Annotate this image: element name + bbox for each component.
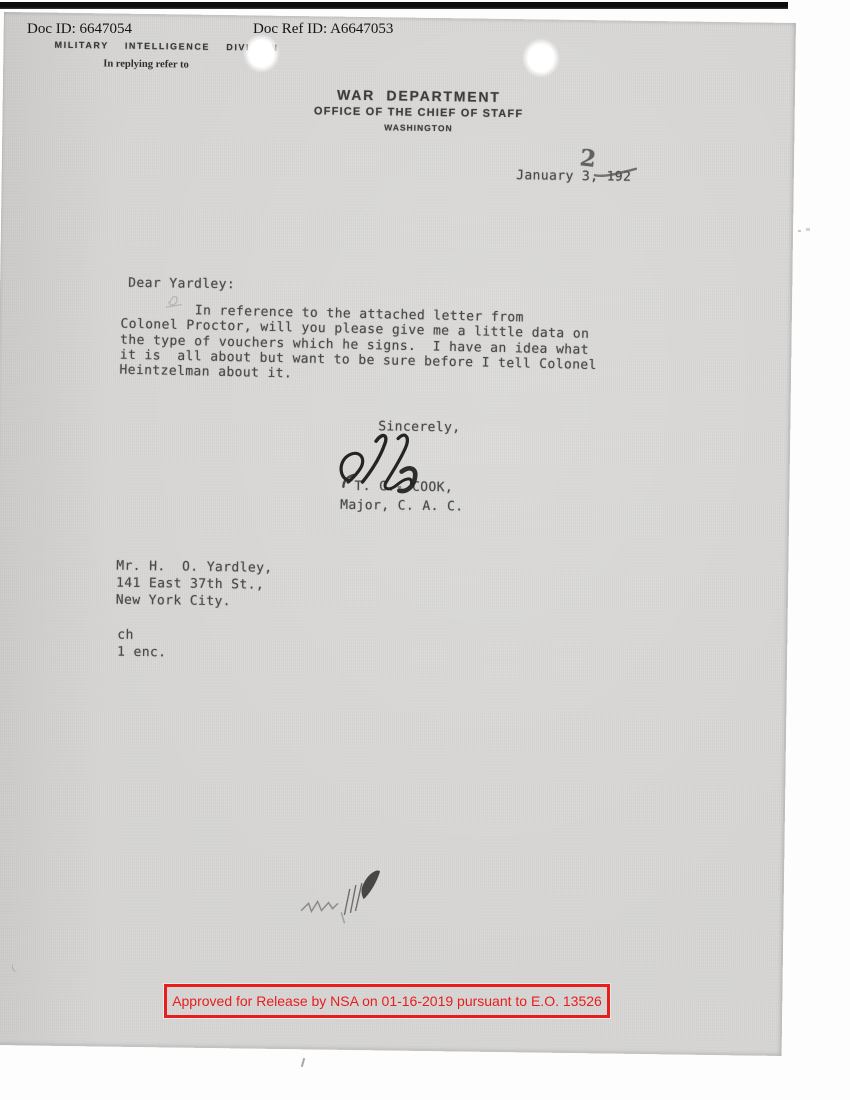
punch-hole-right [522,38,560,78]
address-line: Mr. H. O. Yardley, [116,558,273,577]
punch-hole-left [243,34,280,73]
scanner-edge-bar [0,2,788,9]
pencil-scribble [297,866,394,933]
dust-speck [806,228,810,231]
address-line: 141 East 37th St., [116,575,273,594]
recipient-address: Mr. H. O. Yardley, 141 East 37th St., Ne… [116,558,273,611]
ink-swoosh [594,165,638,180]
date-line: January 3, 192 2 [466,152,632,229]
ink-speck-slash [301,1058,305,1067]
letter-paper: MILITARY INTELLIGENCE DIVISION In replyi… [0,12,796,1056]
release-stamp-text: Approved for Release by NSA on 01-16-201… [172,993,602,1009]
signature-ink [335,429,456,507]
doc-id-text: Doc ID: 6647054 [27,21,132,38]
refer-note: In replying refer to [103,58,189,70]
letter-notations: ch 1 enc. [117,627,167,662]
pencil-smudge [162,290,192,312]
release-stamp: Approved for Release by NSA on 01-16-201… [164,984,610,1018]
dust-speck [798,230,801,232]
doc-ref-id-text: Doc Ref ID: A6647053 [253,21,393,38]
typist-initials-text: ch [117,627,167,645]
enclosure-note-text: 1 enc. [117,644,167,662]
letter-body: In reference to the attached letter from… [119,302,598,389]
letterhead: WAR DEPARTMENT OFFICE OF THE CHIEF OF ST… [22,82,815,138]
address-line: New York City. [116,592,273,611]
scanned-document-page: MILITARY INTELLIGENCE DIVISION In replyi… [0,0,850,1100]
